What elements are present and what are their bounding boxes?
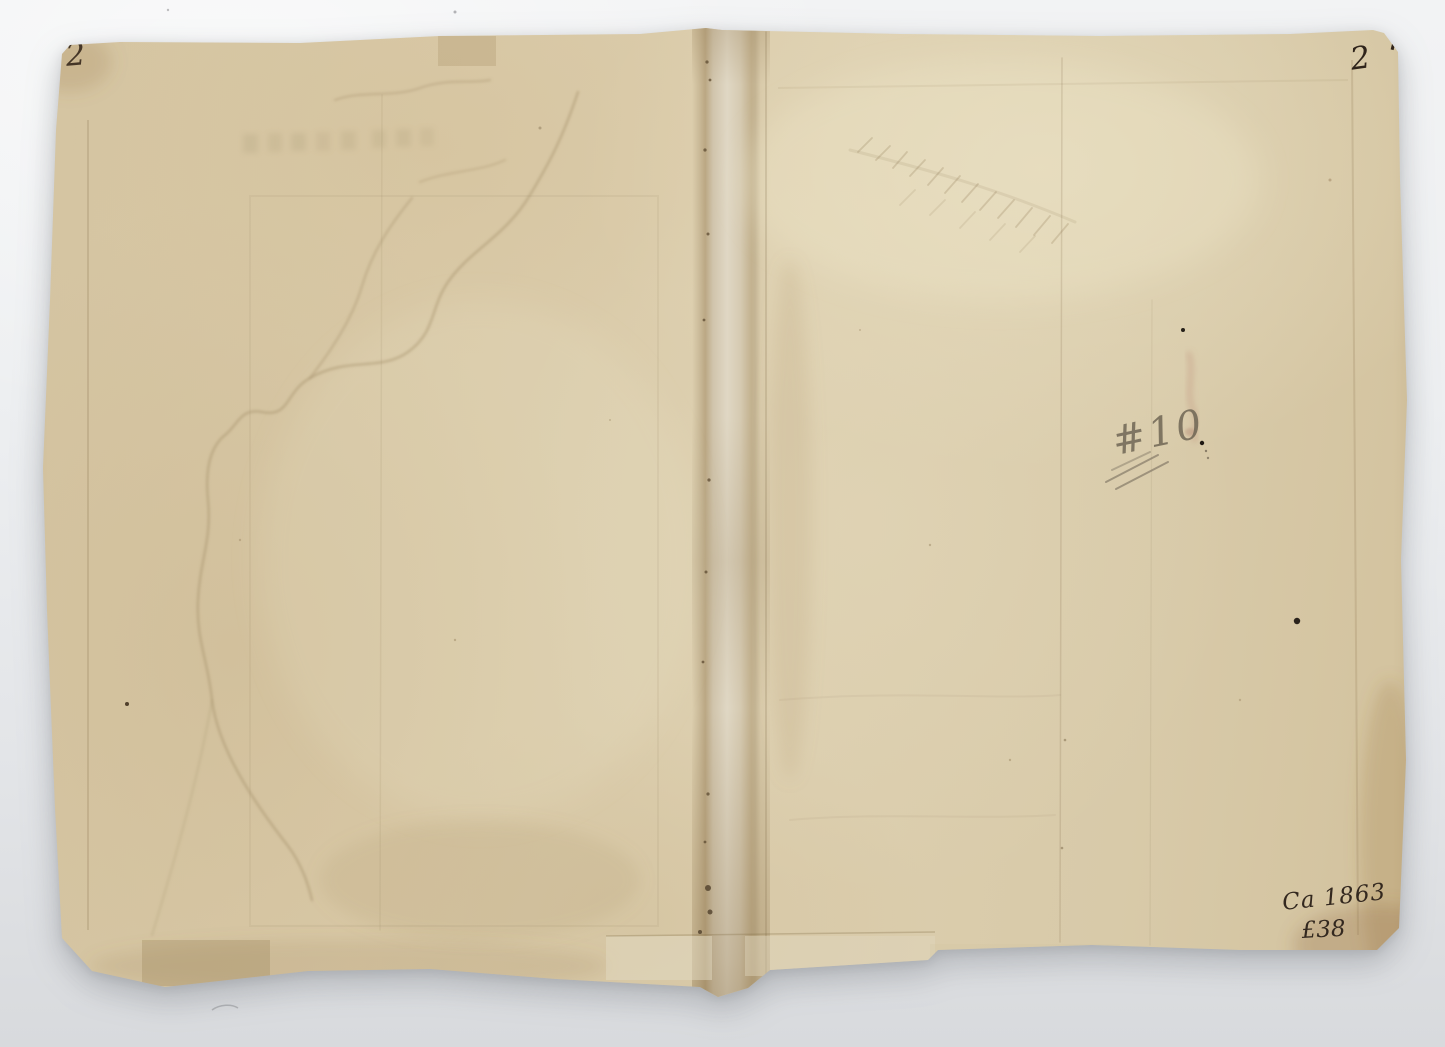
map-sheet-verso: 2 2 ' #10 Ca 1863 £38 — [0, 0, 1445, 1047]
ghost-river-lines — [152, 80, 578, 935]
annotation-inventory-number: #10 — [1108, 401, 1209, 465]
ghost-title-letters — [243, 128, 434, 153]
tape-remnants — [142, 36, 1120, 986]
annotation-top-right-number: 2 — [1348, 39, 1373, 77]
paper-shadow: 2 2 ' #10 Ca 1863 £38 — [0, 0, 1445, 1047]
annotation-price: £38 — [1301, 916, 1346, 944]
annotation-top-left-number: 2 — [64, 36, 87, 74]
ghost-hachure-marks — [850, 138, 1075, 252]
photo-background: 2 2 ' #10 Ca 1863 £38 — [0, 0, 1445, 1047]
annotation-top-right-tick: ' — [1384, 38, 1399, 69]
center-fold — [692, 26, 770, 1000]
annotation-date: Ca 1863 — [1281, 879, 1387, 916]
